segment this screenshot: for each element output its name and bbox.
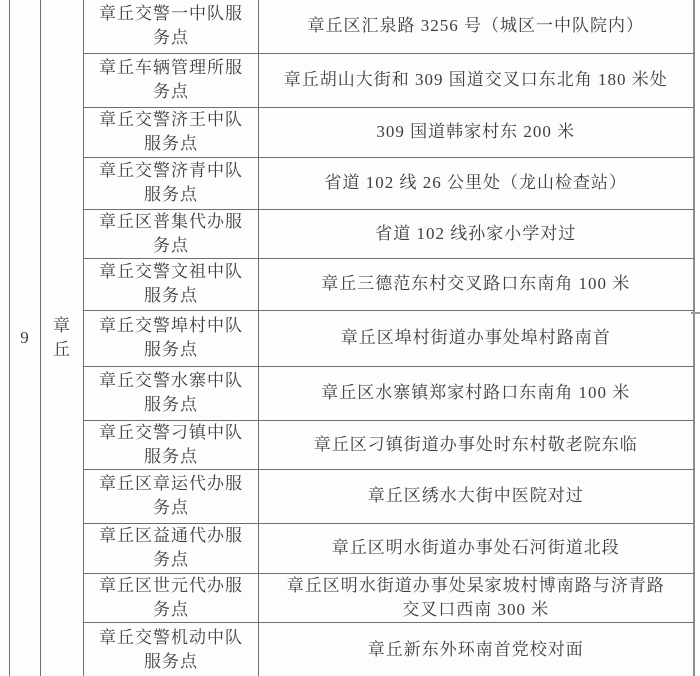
service-point-name: 章丘交警文祖中队 服务点: [84, 258, 259, 310]
service-point-name: 章丘区章运代办服 务点: [84, 469, 259, 523]
service-point-name: 章丘交警水寨中队 服务点: [84, 366, 259, 420]
service-point-name: 章丘区普集代办服 务点: [84, 209, 259, 258]
table-row: 章丘区章运代办服 务点 章丘区绣水大街中医院对过: [10, 469, 694, 523]
service-point-address: 章丘区埠村街道办事处埠村路南首: [259, 310, 694, 366]
table-row: 章丘交警济青中队 服务点 省道 102 线 26 公里处（龙山检查站）: [10, 157, 694, 209]
table-row: 章丘区益通代办服 务点 章丘区明水街道办事处石河街道北段: [10, 523, 694, 573]
service-point-address: 章丘新东外环南首党校对面: [259, 622, 694, 676]
district-cell: 章丘: [41, 0, 84, 676]
document-page: 9 章丘 章丘交警一中队服 务点 章丘区汇泉路 3256 号（城区一中队院内） …: [0, 0, 700, 676]
service-point-name: 章丘交警刁镇中队 服务点: [84, 420, 259, 469]
scan-artifact-tick: [691, 312, 700, 314]
service-point-name: 章丘区世元代办服 务点: [84, 573, 259, 622]
service-point-address: 省道 102 线孙家小学对过: [259, 209, 694, 258]
table-row: 章丘车辆管理所服 务点 章丘胡山大街和 309 国道交叉口东北角 180 米处: [10, 53, 694, 107]
service-point-address: 章丘三德范东村交叉路口东南角 100 米: [259, 258, 694, 310]
service-point-name: 章丘交警埠村中队 服务点: [84, 310, 259, 366]
service-point-address: 章丘区水寨镇郑家村路口东南角 100 米: [259, 366, 694, 420]
service-point-name: 章丘交警济青中队 服务点: [84, 157, 259, 209]
service-point-address: 章丘区明水街道办事处石河街道北段: [259, 523, 694, 573]
service-point-address: 章丘区汇泉路 3256 号（城区一中队院内）: [259, 0, 694, 53]
service-points-table: 9 章丘 章丘交警一中队服 务点 章丘区汇泉路 3256 号（城区一中队院内） …: [9, 0, 695, 676]
service-point-name: 章丘交警机动中队 服务点: [84, 622, 259, 676]
service-point-address: 章丘区明水街道办事处杲家坡村博南路与济青路 交叉口西南 300 米: [259, 573, 694, 622]
table-row: 章丘交警文祖中队 服务点 章丘三德范东村交叉路口东南角 100 米: [10, 258, 694, 310]
service-point-address: 章丘胡山大街和 309 国道交叉口东北角 180 米处: [259, 53, 694, 107]
service-point-name: 章丘交警一中队服 务点: [84, 0, 259, 53]
table-row: 章丘交警机动中队 服务点 章丘新东外环南首党校对面: [10, 622, 694, 676]
table-row: 章丘交警济王中队 服务点 309 国道韩家村东 200 米: [10, 107, 694, 157]
row-index-cell: 9: [10, 0, 41, 676]
service-point-name: 章丘交警济王中队 服务点: [84, 107, 259, 157]
table-row: 章丘区世元代办服 务点 章丘区明水街道办事处杲家坡村博南路与济青路 交叉口西南 …: [10, 573, 694, 622]
service-point-name: 章丘车辆管理所服 务点: [84, 53, 259, 107]
table-row: 章丘交警水寨中队 服务点 章丘区水寨镇郑家村路口东南角 100 米: [10, 366, 694, 420]
service-point-address: 309 国道韩家村东 200 米: [259, 107, 694, 157]
table-row: 章丘交警埠村中队 服务点 章丘区埠村街道办事处埠村路南首: [10, 310, 694, 366]
table-row: 章丘交警刁镇中队 服务点 章丘区刁镇街道办事处时东村敬老院东临: [10, 420, 694, 469]
table-row: 章丘区普集代办服 务点 省道 102 线孙家小学对过: [10, 209, 694, 258]
table-row: 9 章丘 章丘交警一中队服 务点 章丘区汇泉路 3256 号（城区一中队院内）: [10, 0, 694, 53]
service-point-address: 省道 102 线 26 公里处（龙山检查站）: [259, 157, 694, 209]
service-point-address: 章丘区刁镇街道办事处时东村敬老院东临: [259, 420, 694, 469]
service-point-address: 章丘区绣水大街中医院对过: [259, 469, 694, 523]
service-point-name: 章丘区益通代办服 务点: [84, 523, 259, 573]
